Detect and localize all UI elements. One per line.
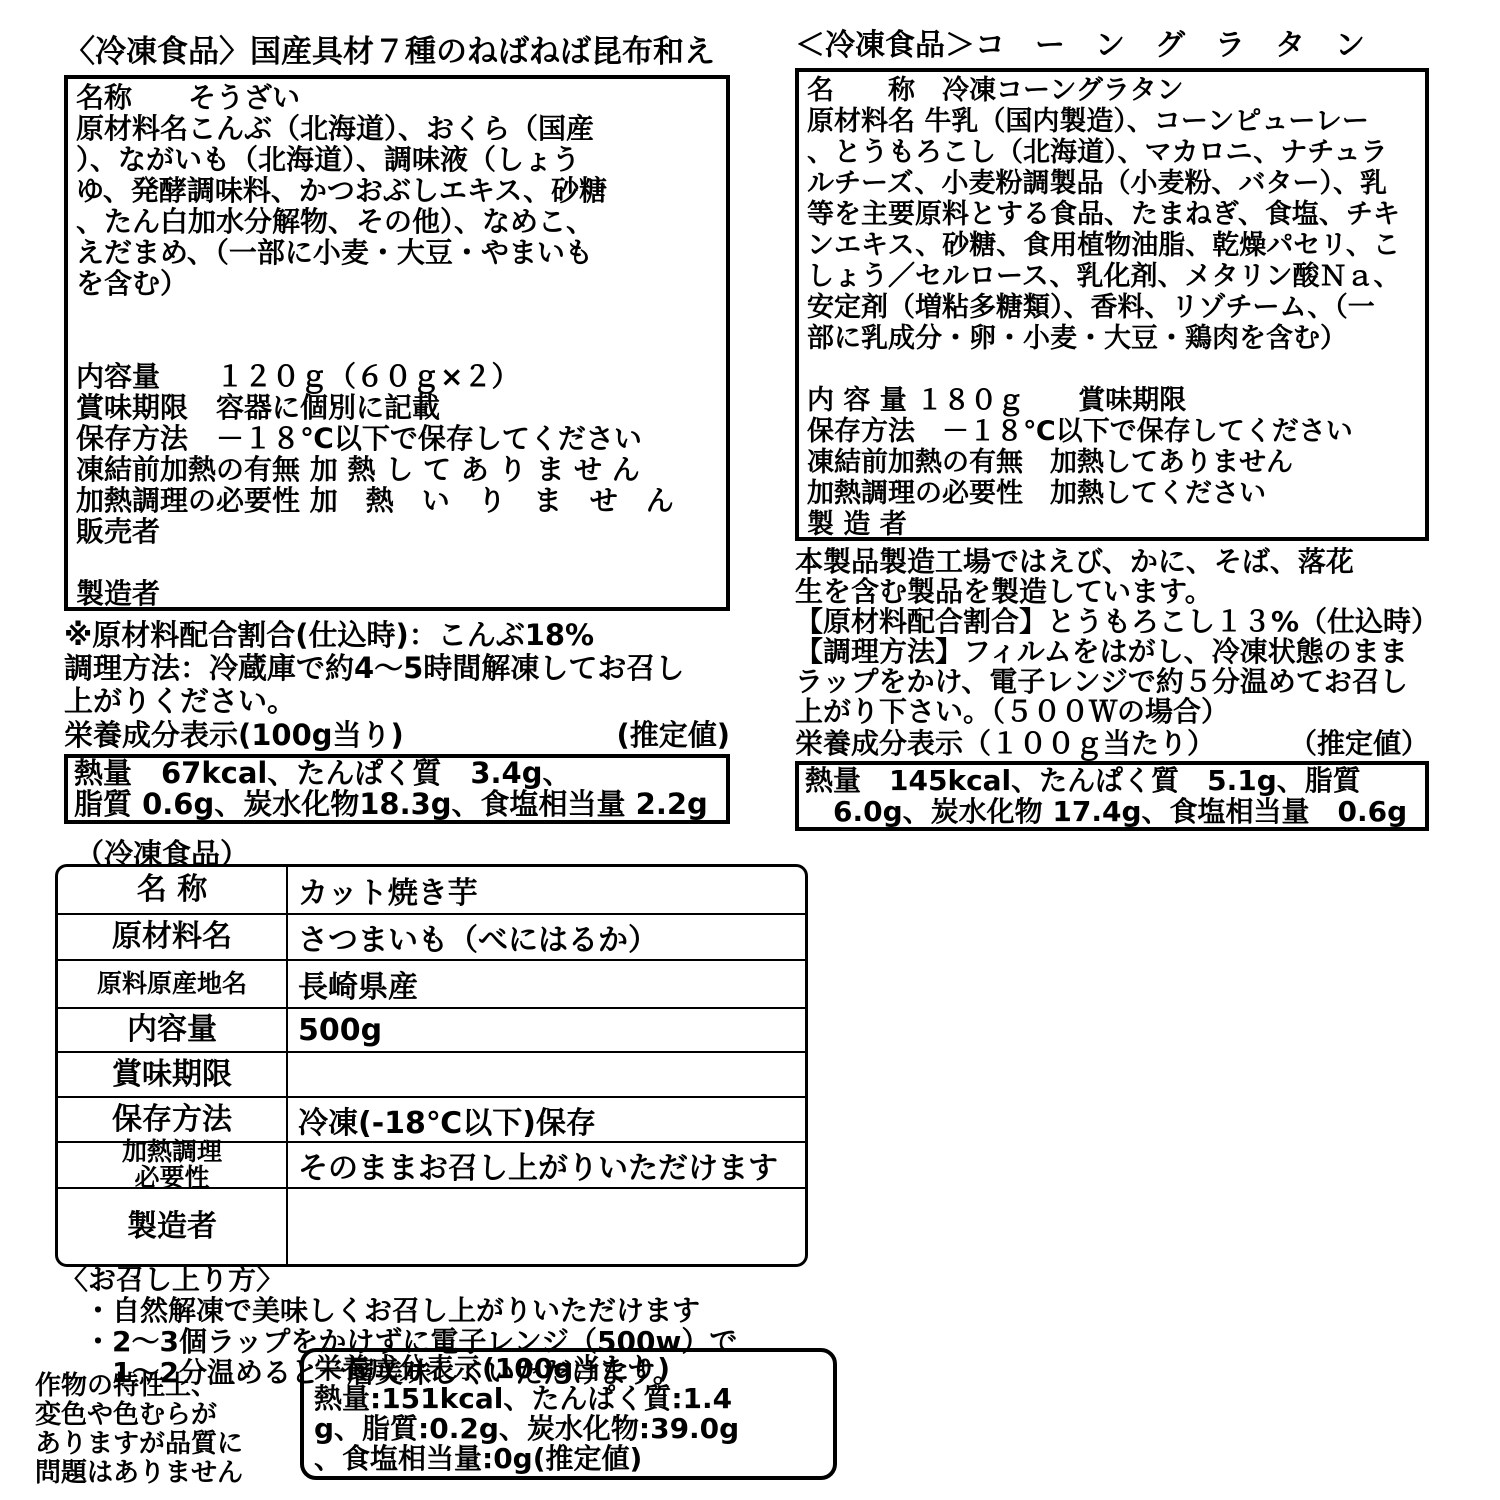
table-value-cell: そのままお召し上がりいただけます — [288, 1141, 805, 1187]
table-label-cell: 保存方法 — [58, 1096, 288, 1141]
text-line: 製 造 者 — [807, 509, 1417, 540]
text-line: 、食塩相当量:0g(推定値) — [314, 1444, 823, 1474]
text-line: しょう／セルロース、乳化剤、メタリン酸Ｎａ、 — [807, 261, 1417, 292]
konbu-nutrition-estimate: (推定値) — [616, 719, 730, 752]
text-line: 加熱調理の必要性 加熱してください — [807, 478, 1417, 509]
text-line: 本製品製造工場ではえび、かに、そば、落花 — [795, 547, 1429, 577]
konbu-nutrition-box: 熱量 67kcal、たんぱく質 3.4g、脂質 0.6g、炭水化物18.3g、食… — [64, 754, 730, 824]
text-line: ありますが品質に — [35, 1430, 243, 1459]
text-line: ルチーズ、小麦粉調製品（小麦粉、バター）、乳 — [807, 168, 1417, 199]
konbu-label: 〈冷凍食品〉国産具材７種のねばねば昆布和え 名称 そうざい原材料名こんぶ（北海道… — [64, 34, 730, 824]
table-value-cell: カット焼き芋 — [288, 867, 805, 913]
text-line: 部に乳成分・卵・小麦・大豆・鶏肉を含む） — [807, 323, 1417, 354]
text-line: 原材料名こんぶ（北海道）、おくら（国産 — [76, 113, 718, 144]
konbu-product-title: 〈冷凍食品〉国産具材７種のねばねば昆布和え — [64, 34, 730, 70]
text-line: 問題はありません — [35, 1459, 243, 1488]
text-line: 名 称 冷凍コーングラタン — [807, 75, 1417, 106]
text-line: 賞味期限 容器に個別に記載 — [76, 392, 718, 423]
text-line: ・自然解凍で美味しくお召し上がりいただけます — [60, 1295, 737, 1326]
text-line: 等を主要原料とする食品、たまねぎ、食塩、チキ — [807, 199, 1417, 230]
text-line: 保存方法 －１８℃以下で保存してください — [807, 416, 1417, 447]
text-line — [76, 547, 718, 578]
text-line: 製造者 — [76, 578, 718, 609]
konbu-notes: ※原材料配合割合(仕込時)：こんぶ18%調理方法：冷蔵庫で約4～5時間解凍してお… — [64, 619, 730, 718]
gratin-product-title: ＜冷凍食品＞コ ー ン グ ラ タ ン — [795, 28, 1429, 63]
konbu-nutrition-header: 栄養成分表示(100g当り) (推定値) — [64, 719, 730, 752]
table-value-cell: 長崎県産 — [288, 959, 805, 1007]
text-line: ラップをかけ、電子レンジで約５分温めてお召し — [795, 667, 1429, 697]
gratin-nutrition-estimate: （推定値） — [1289, 728, 1429, 759]
text-line: 名称 そうざい — [76, 82, 718, 113]
text-line: 加熱調理の必要性 加 熱 い り ま せ ん — [76, 485, 718, 516]
table-value-cell — [288, 1051, 805, 1096]
text-line: を含む） — [76, 268, 718, 299]
table-label-cell: 加熱調理 必要性 — [58, 1141, 288, 1187]
text-line: g、脂質:0.2g、炭水化物:39.0g — [314, 1414, 823, 1444]
gratin-spec-box: 名 称 冷凍コーングラタン原材料名 牛乳（国内製造）、コーンピューレー、とうもろ… — [795, 68, 1429, 541]
text-line: 販売者 — [76, 516, 718, 547]
table-value-cell — [288, 1187, 805, 1264]
text-line: 【原材料配合割合】とうもろこし１３%（仕込時） — [795, 607, 1429, 637]
yakiimo-spec-table: 名 称 カット焼き芋 原材料名 さつまいも（べにはるか） 原料原産地名 長崎県産… — [55, 864, 808, 1267]
text-line: 凍結前加熱の有無 加熱してありません — [807, 447, 1417, 478]
text-line: 上がり下さい。（５００Ｗの場合） — [795, 697, 1429, 727]
table-label-cell: 原材料名 — [58, 913, 288, 959]
text-line: 【調理方法】フィルムをはがし、冷凍状態のまま — [795, 637, 1429, 667]
konbu-nutrition-title: 栄養成分表示(100g当り) — [64, 719, 404, 752]
text-line: 安定剤（増粘多糖類）、香料、リゾチーム、（一 — [807, 292, 1417, 323]
quality-note: 作物の特性上、変色や色むらがありますが品質に問題はありません — [35, 1372, 243, 1488]
table-label-cell: 原料原産地名 — [58, 959, 288, 1007]
text-line: 原材料名 牛乳（国内製造）、コーンピューレー — [807, 106, 1417, 137]
text-line: 凍結前加熱の有無 加 熱 し て あ り ま せ ん — [76, 454, 718, 485]
text-line: 、とうもろこし（北海道）、マカロニ、ナチュラ — [807, 137, 1417, 168]
text-line: えだまめ、（一部に小麦・大豆・やまいも — [76, 237, 718, 268]
gratin-nutrition-header: 栄養成分表示（１００ｇ当たり） （推定値） — [795, 728, 1429, 759]
text-line: 調理方法：冷蔵庫で約4～5時間解凍してお召し — [64, 652, 730, 685]
text-line — [76, 330, 718, 361]
text-line: 内 容 量 １８０ｇ 賞味期限 — [807, 385, 1417, 416]
gratin-nutrition-title: 栄養成分表示（１００ｇ当たり） — [795, 728, 1215, 759]
table-value-cell: 冷凍(-18℃以下)保存 — [288, 1096, 805, 1141]
text-line: 生を含む製品を製造しています。 — [795, 577, 1429, 607]
gratin-nutrition-box: 熱量 145kcal、たんぱく質 5.1g、脂質 6.0g、炭水化物 17.4g… — [795, 761, 1429, 831]
text-line: 脂質 0.6g、炭水化物18.3g、食塩相当量 2.2g — [74, 789, 720, 820]
konbu-spec-box: 名称 そうざい原材料名こんぶ（北海道）、おくら（国産）、ながいも（北海道）、調味… — [64, 75, 730, 611]
text-line: 熱量:151kcal、たんぱく質:1.4 — [314, 1384, 823, 1414]
text-line: 保存方法 －１８℃以下で保存してください — [76, 423, 718, 454]
text-line: ンエキス、砂糖、食用植物油脂、乾燥パセリ、こ — [807, 230, 1417, 261]
text-line: 熱量 145kcal、たんぱく質 5.1g、脂質 — [805, 765, 1419, 796]
text-line: 変色や色むらが — [35, 1401, 243, 1430]
text-line — [76, 299, 718, 330]
yakiimo-nutrition-box: 栄養成分表示(100g当たり)熱量:151kcal、たんぱく質:1.4g、脂質:… — [300, 1348, 837, 1480]
text-line: ※原材料配合割合(仕込時)：こんぶ18% — [64, 619, 730, 652]
food-label-sheet: { "page": {"background": "#ffffff", "ink… — [0, 0, 1500, 1500]
text-line: 栄養成分表示(100g当たり) — [314, 1354, 823, 1384]
table-label-cell: 内容量 — [58, 1007, 288, 1051]
text-line: 、たん白加水分解物、その他）、なめこ、 — [76, 206, 718, 237]
table-value-cell: 500g — [288, 1007, 805, 1051]
table-label-cell: 製造者 — [58, 1187, 288, 1264]
gratin-label: ＜冷凍食品＞コ ー ン グ ラ タ ン 名 称 冷凍コーングラタン原材料名 牛乳… — [795, 28, 1429, 831]
serving-title: 〈お召し上り方〉 — [60, 1264, 737, 1295]
text-line: 内容量 １２０ｇ（６０ｇ×２） — [76, 361, 718, 392]
text-line: 6.0g、炭水化物 17.4g、食塩相当量 0.6g — [805, 796, 1419, 827]
table-label-cell: 名 称 — [58, 867, 288, 913]
table-value-cell: さつまいも（べにはるか） — [288, 913, 805, 959]
text-line: 作物の特性上、 — [35, 1372, 243, 1401]
gratin-notes: 本製品製造工場ではえび、かに、そば、落花生を含む製品を製造しています。【原材料配… — [795, 547, 1429, 727]
text-line: ）、ながいも（北海道）、調味液（しょう — [76, 144, 718, 175]
text-line: ゆ、発酵調味料、かつおぶしエキス、砂糖 — [76, 175, 718, 206]
table-label-cell: 賞味期限 — [58, 1051, 288, 1096]
text-line: 上がりください。 — [64, 685, 730, 718]
text-line — [807, 354, 1417, 385]
text-line: 熱量 67kcal、たんぱく質 3.4g、 — [74, 758, 720, 789]
